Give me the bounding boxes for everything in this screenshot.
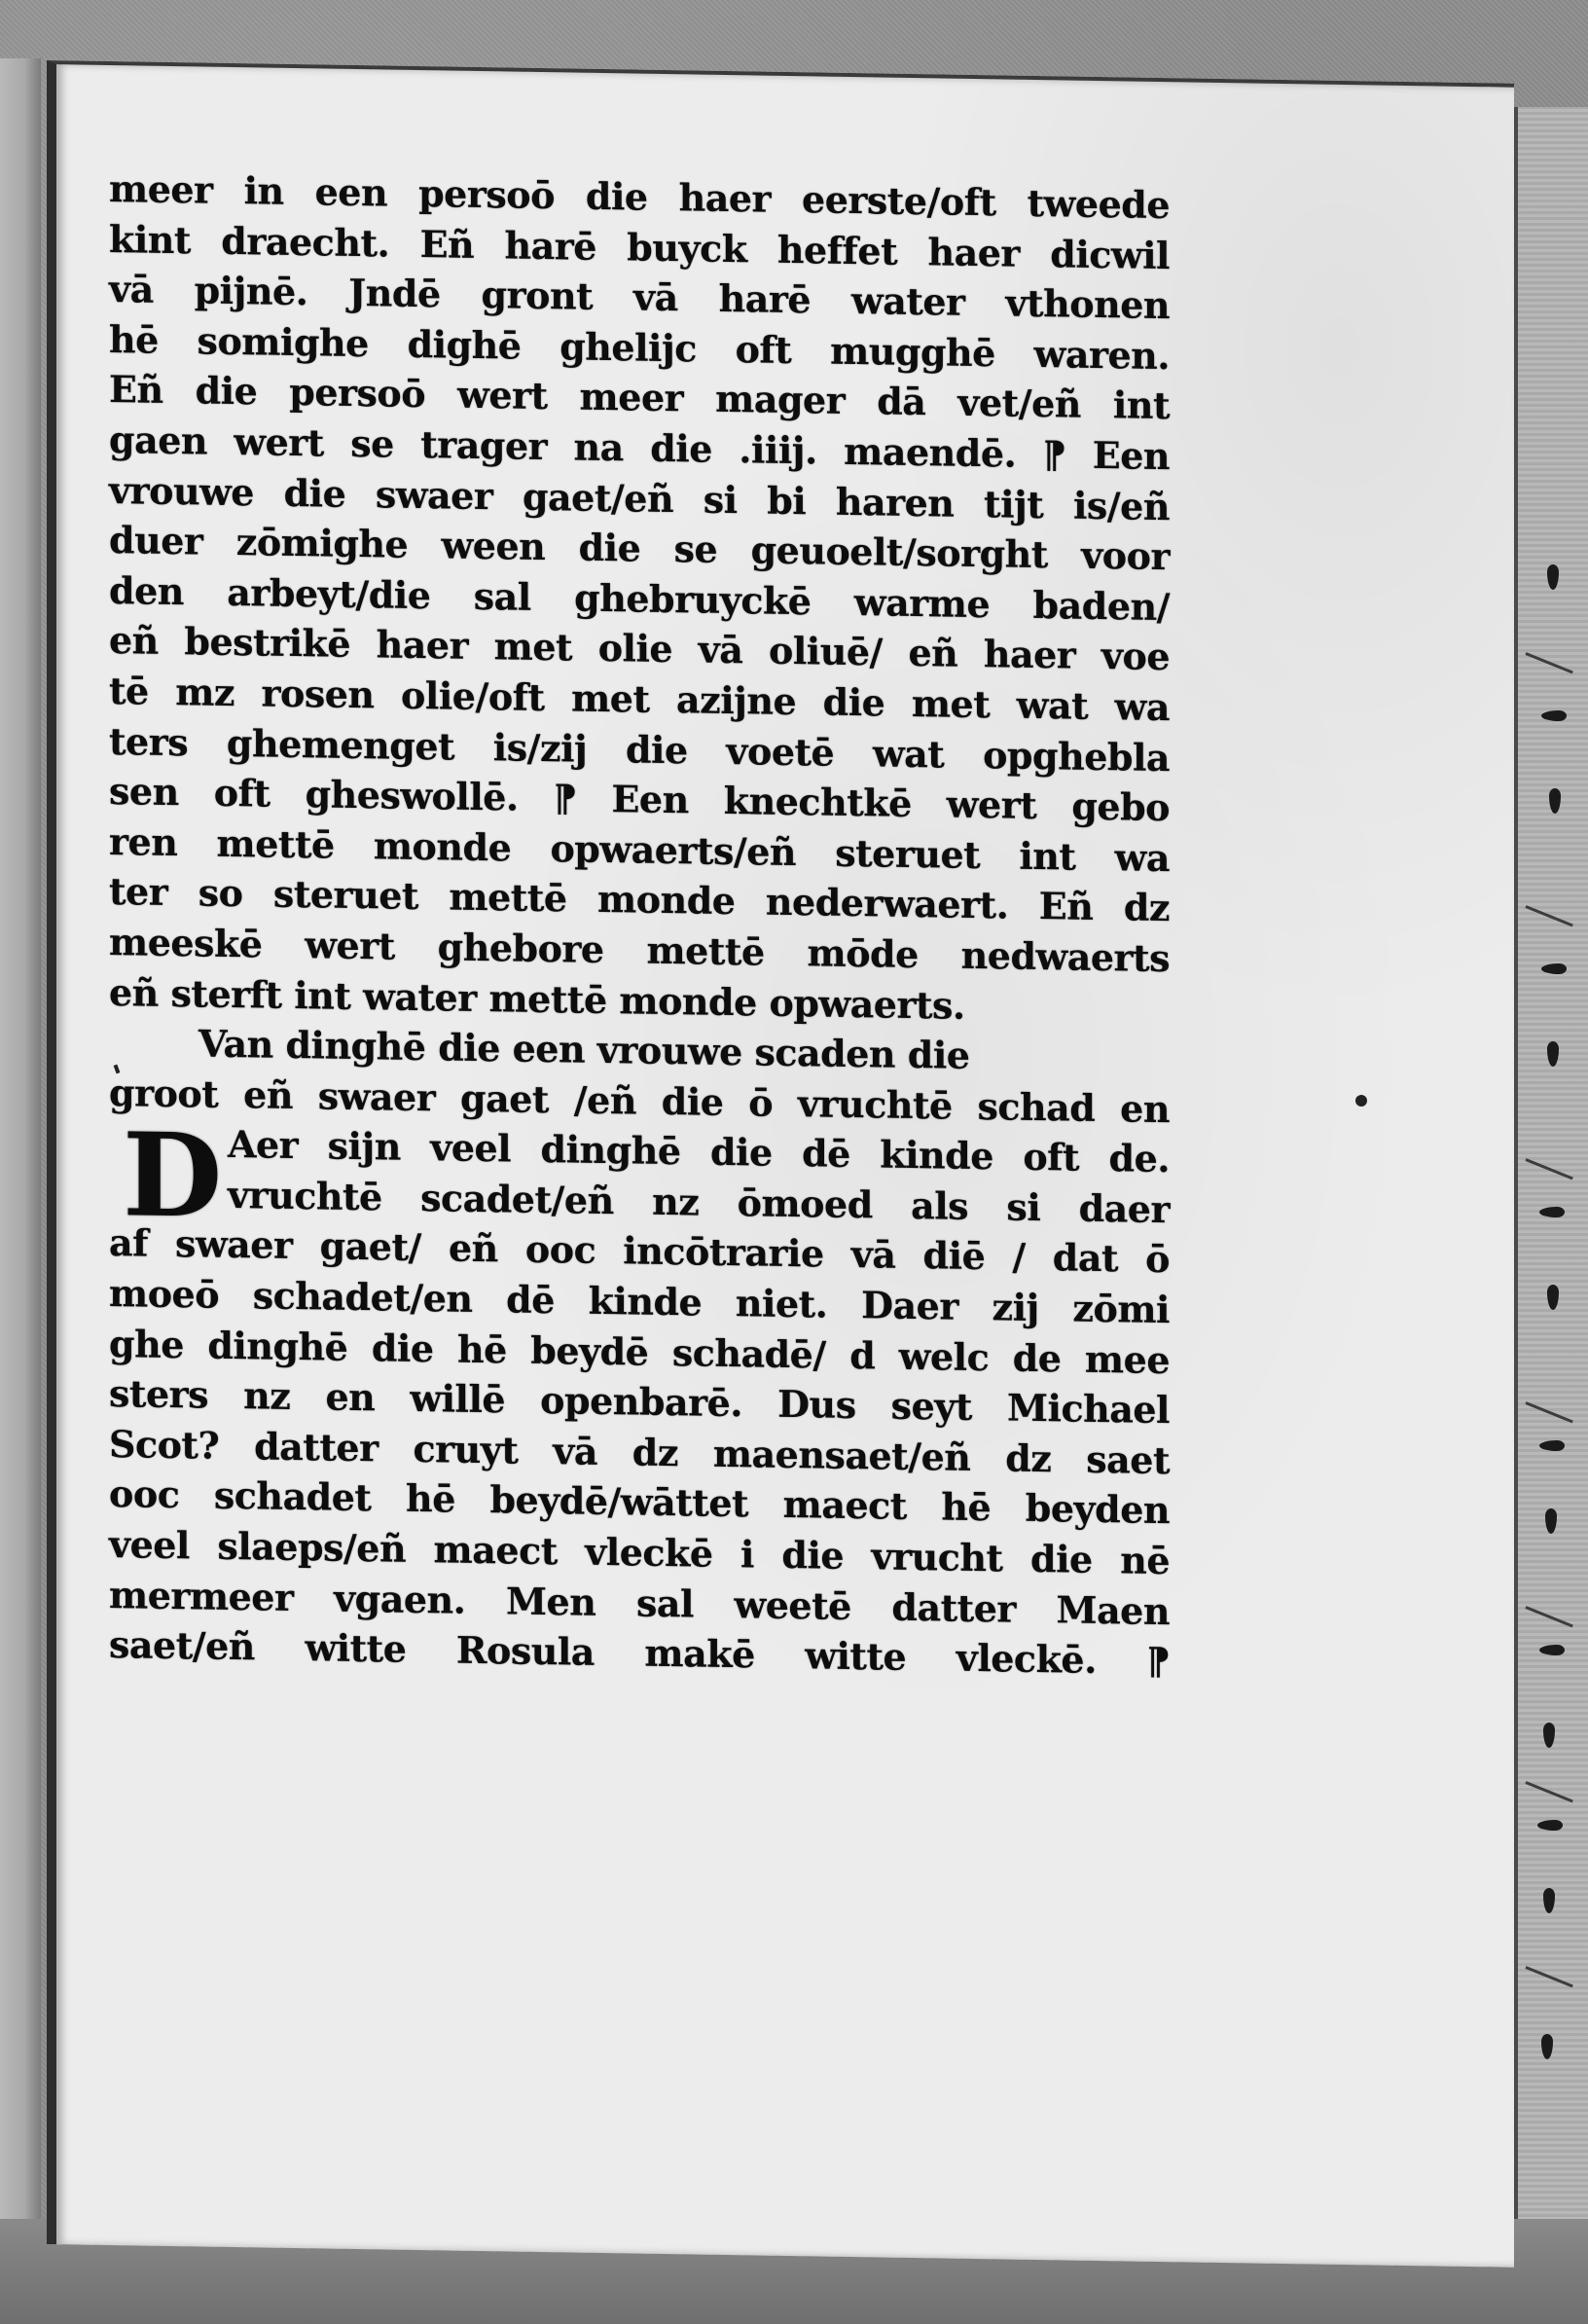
decor-leaf-icon xyxy=(1545,1508,1557,1534)
decor-leaf-icon xyxy=(1547,564,1559,590)
decor-leaf-icon xyxy=(1549,788,1561,814)
decor-leaf-icon xyxy=(1547,1285,1559,1310)
left-board-edge xyxy=(0,58,41,2229)
decor-leaf-icon xyxy=(1541,710,1567,721)
drop-cap-letter: D xyxy=(123,1118,222,1235)
decor-leaf-icon xyxy=(1539,1440,1565,1451)
decor-leaf-icon xyxy=(1541,2034,1553,2059)
decor-stroke-icon xyxy=(1525,652,1572,673)
decor-leaf-icon xyxy=(1543,1888,1555,1913)
decor-leaf-icon xyxy=(1539,1207,1565,1217)
decor-stroke-icon xyxy=(1525,1606,1572,1627)
decor-stroke-icon xyxy=(1525,1158,1572,1180)
decor-stroke-icon xyxy=(1525,1781,1572,1802)
decor-stroke-icon xyxy=(1525,1401,1572,1423)
text-block: meer in een persoō die haer eerste/oft t… xyxy=(109,163,1170,1687)
decorative-pastedown-strip xyxy=(1514,107,1588,2229)
decor-leaf-icon xyxy=(1543,1723,1555,1748)
decor-stroke-icon xyxy=(1525,905,1572,926)
decor-leaf-icon xyxy=(1537,1820,1563,1831)
decor-stroke-icon xyxy=(1525,1966,1572,1987)
decor-leaf-icon xyxy=(1541,963,1567,974)
dropcap-paragraph: D Aer sijn veel dinghē die dē kinde oft … xyxy=(109,1117,1170,1234)
decor-leaf-icon xyxy=(1547,1041,1559,1067)
decor-leaf-icon xyxy=(1539,1645,1565,1655)
ink-spot xyxy=(1355,1095,1367,1107)
